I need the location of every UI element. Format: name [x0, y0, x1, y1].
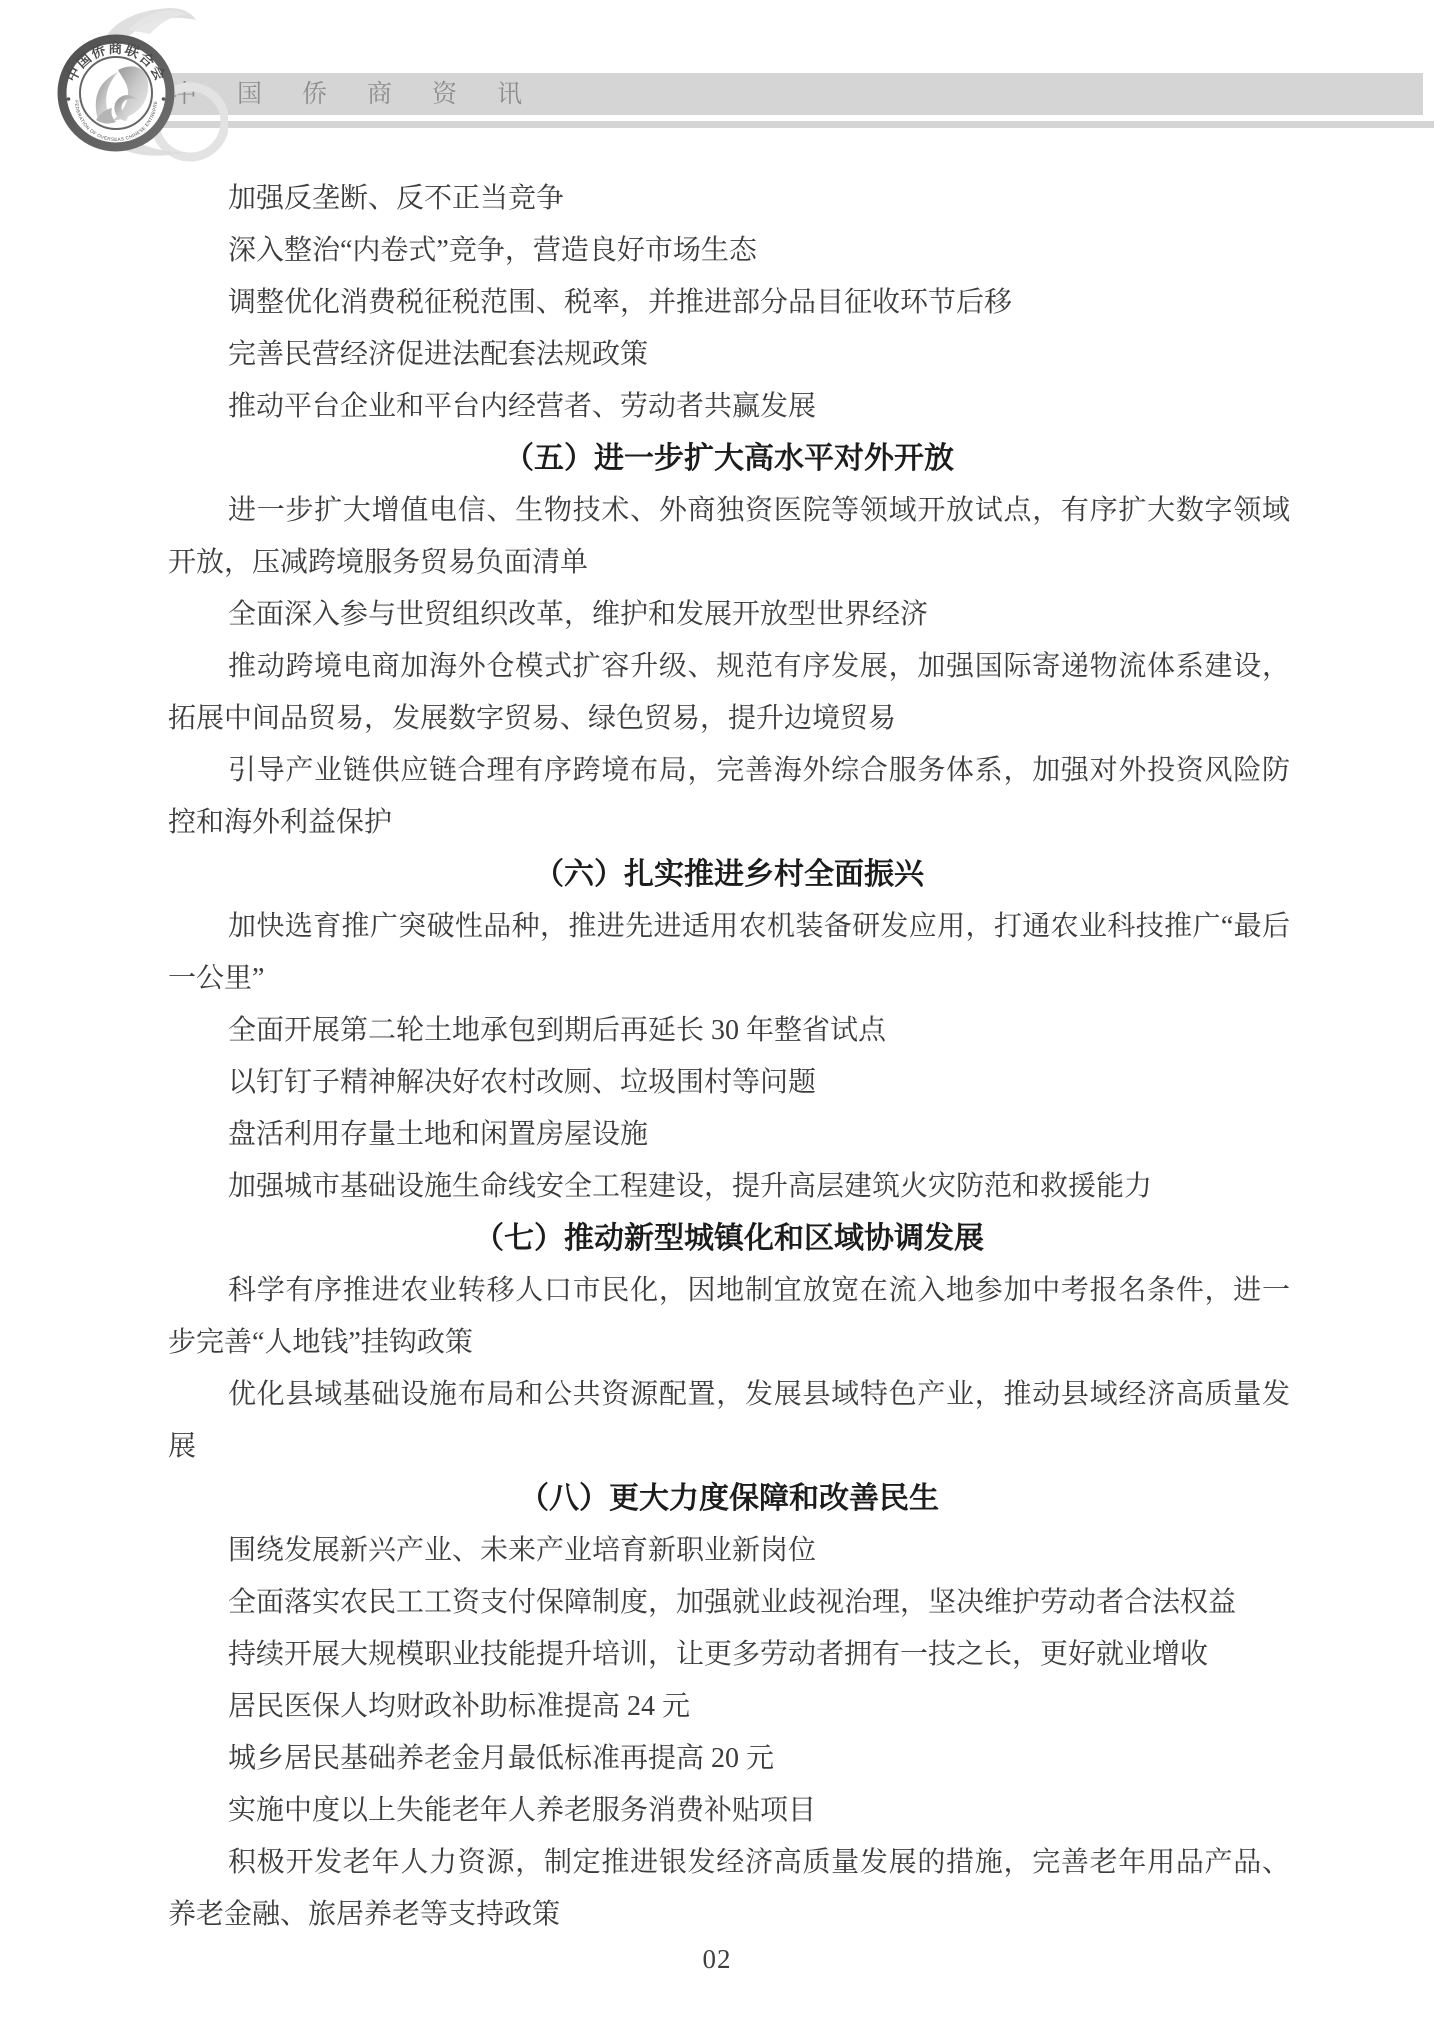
body-paragraph: 持续开展大规模职业技能提升培训，让更多劳动者拥有一技之长，更好就业增收 — [168, 1629, 1290, 1681]
body-paragraph: 加强城市基础设施生命线安全工程建设，提升高层建筑火灾防范和救援能力 — [168, 1161, 1290, 1213]
body-paragraph: 完善民营经济促进法配套法规政策 — [168, 329, 1290, 381]
section-heading: （八）更大力度保障和改善民生 — [168, 1473, 1290, 1525]
page-number: 02 — [0, 1944, 1434, 1975]
body-paragraph: 城乡居民基础养老金月最低标准再提高 20 元 — [168, 1733, 1290, 1785]
body-paragraph: 深入整治“内卷式”竞争，营造良好市场生态 — [168, 225, 1290, 277]
body-paragraph: 引导产业链供应链合理有序跨境布局，完善海外综合服务体系，加强对外投资风险防控和海… — [168, 745, 1290, 849]
body-paragraph: 推动平台企业和平台内经营者、劳动者共赢发展 — [168, 381, 1290, 433]
body-paragraph: 积极开发老年人力资源，制定推进银发经济高质量发展的措施，完善老年用品产品、养老金… — [168, 1837, 1290, 1941]
body-paragraph: 居民医保人均财政补助标准提高 24 元 — [168, 1681, 1290, 1733]
body-paragraph: 进一步扩大增值电信、生物技术、外商独资医院等领域开放试点，有序扩大数字领域开放，… — [168, 485, 1290, 589]
body-paragraph: 以钉钉子精神解决好农村改厕、垃圾围村等问题 — [168, 1057, 1290, 1109]
section-heading: （七）推动新型城镇化和区域协调发展 — [168, 1213, 1290, 1265]
body-paragraph: 全面落实农民工工资支付保障制度，加强就业歧视治理，坚决维护劳动者合法权益 — [168, 1577, 1290, 1629]
body-paragraph: 加快选育推广突破性品种，推进先进适用农机装备研发应用，打通农业科技推广“最后一公… — [168, 901, 1290, 1005]
body-paragraph: 加强反垄断、反不正当竞争 — [168, 173, 1290, 225]
organization-seal-logo: 中国侨商联合会 CHINA FEDERATION OF OVERSEAS CHI… — [38, 0, 228, 175]
body-paragraph: 科学有序推进农业转移人口市民化，因地制宜放宽在流入地参加中考报名条件，进一步完善… — [168, 1265, 1290, 1369]
document-page: 中国侨商资讯 — [0, 0, 1434, 2024]
body-paragraph: 围绕发展新兴产业、未来产业培育新职业新岗位 — [168, 1525, 1290, 1577]
header-banner-underline — [112, 121, 1434, 128]
body-paragraph: 优化县域基础设施布局和公共资源配置，发展县域特色产业，推动县域经济高质量发展 — [168, 1369, 1290, 1473]
body-paragraph: 盘活利用存量土地和闲置房屋设施 — [168, 1109, 1290, 1161]
body-paragraph: 调整优化消费税征税范围、税率，并推进部分品目征收环节后移 — [168, 277, 1290, 329]
article-body: 加强反垄断、反不正当竞争深入整治“内卷式”竞争，营造良好市场生态调整优化消费税征… — [168, 173, 1290, 1941]
section-heading: （六）扎实推进乡村全面振兴 — [168, 849, 1290, 901]
masthead-title: 中国侨商资讯 — [172, 73, 562, 115]
seal-logo-icon: 中国侨商联合会 CHINA FEDERATION OF OVERSEAS CHI… — [38, 0, 228, 175]
body-paragraph: 实施中度以上失能老年人养老服务消费补贴项目 — [168, 1785, 1290, 1837]
body-paragraph: 推动跨境电商加海外仓模式扩容升级、规范有序发展，加强国际寄递物流体系建设，拓展中… — [168, 641, 1290, 745]
section-heading: （五）进一步扩大高水平对外开放 — [168, 433, 1290, 485]
body-paragraph: 全面开展第二轮土地承包到期后再延长 30 年整省试点 — [168, 1005, 1290, 1057]
body-paragraph: 全面深入参与世贸组织改革，维护和发展开放型世界经济 — [168, 589, 1290, 641]
